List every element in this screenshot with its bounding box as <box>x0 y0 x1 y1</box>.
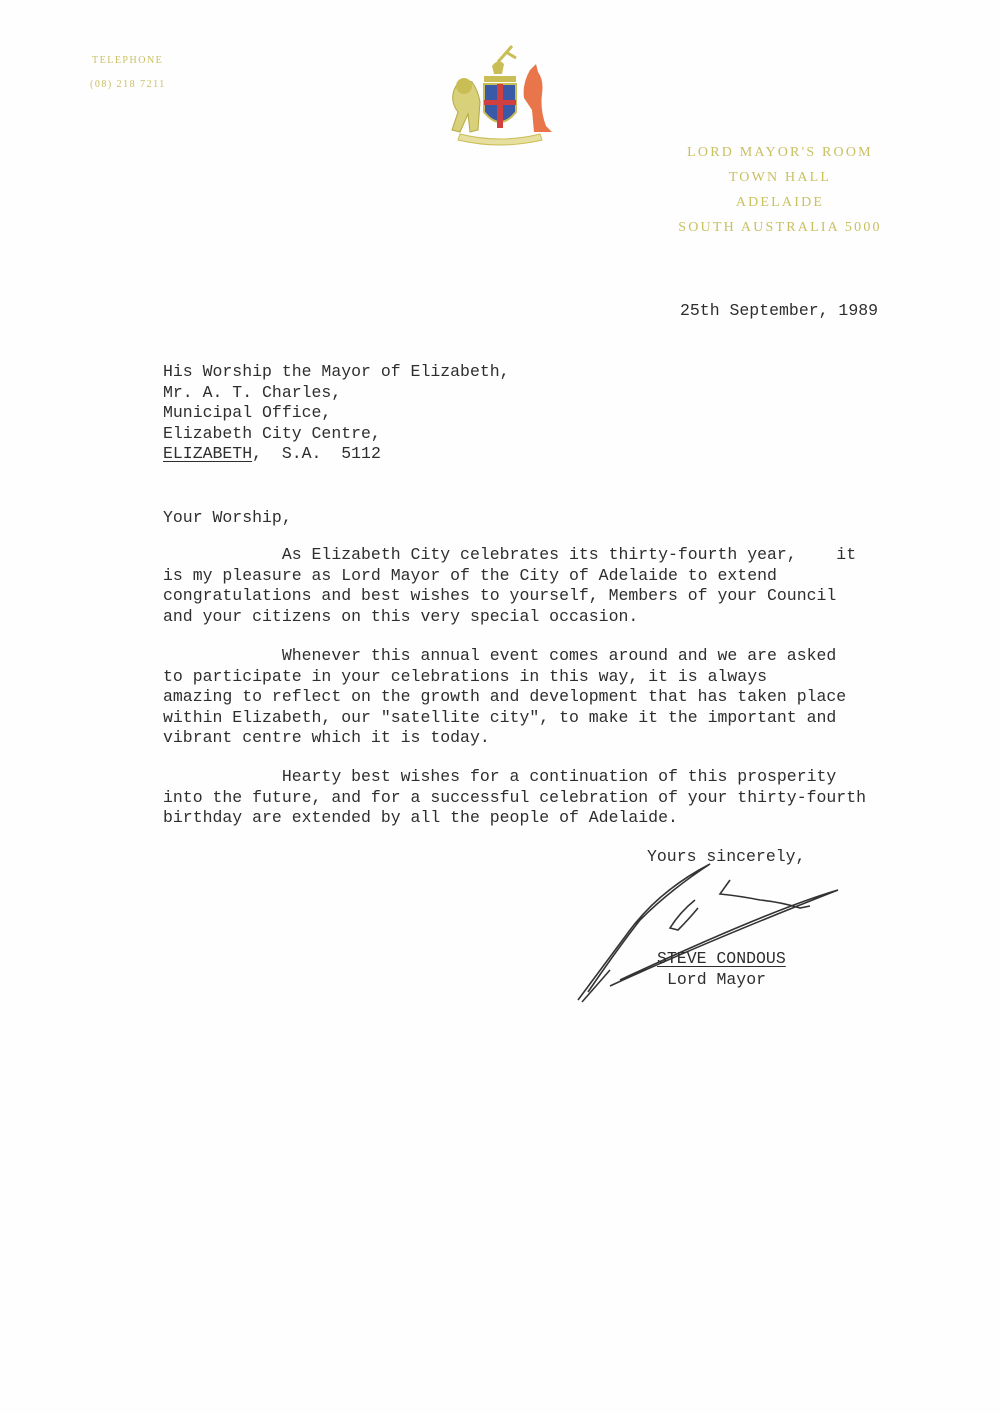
letterhead-address: LORD MAYOR'S ROOM TOWN HALL ADELAIDE SOU… <box>630 140 930 240</box>
address-line: ADELAIDE <box>630 190 930 215</box>
telephone-number: (08) 218 7211 <box>90 79 166 90</box>
letter-page: TELEPHONE (08) 218 7211 LORD MAYOR'S ROO… <box>0 0 1000 1414</box>
address-line: SOUTH AUSTRALIA 5000 <box>630 215 930 240</box>
salutation: Your Worship, <box>163 508 292 527</box>
recipient-state-postcode: , S.A. 5112 <box>252 444 381 463</box>
body-paragraph: Hearty best wishes for a continuation of… <box>163 767 866 829</box>
recipient-line: Elizabeth City Centre, <box>163 424 510 445</box>
coat-of-arms-icon <box>440 40 560 150</box>
recipient-line: His Worship the Mayor of Elizabeth, <box>163 362 510 383</box>
recipient-line: Municipal Office, <box>163 403 510 424</box>
body-paragraph: As Elizabeth City celebrates its thirty-… <box>163 545 856 627</box>
signer-block: STEVE CONDOUS Lord Mayor <box>657 948 786 990</box>
recipient-line: Mr. A. T. Charles, <box>163 383 510 404</box>
letter-date: 25th September, 1989 <box>680 301 878 320</box>
signer-name: STEVE CONDOUS <box>657 948 786 969</box>
recipient-city: ELIZABETH <box>163 444 252 463</box>
recipient-address: His Worship the Mayor of Elizabeth, Mr. … <box>163 362 510 465</box>
body-paragraph: Whenever this annual event comes around … <box>163 646 846 749</box>
address-line: TOWN HALL <box>630 165 930 190</box>
signer-title: Lord Mayor <box>657 969 786 990</box>
address-line: LORD MAYOR'S ROOM <box>630 140 930 165</box>
recipient-city-line: ELIZABETH, S.A. 5112 <box>163 444 510 465</box>
telephone-label: TELEPHONE <box>92 55 163 66</box>
